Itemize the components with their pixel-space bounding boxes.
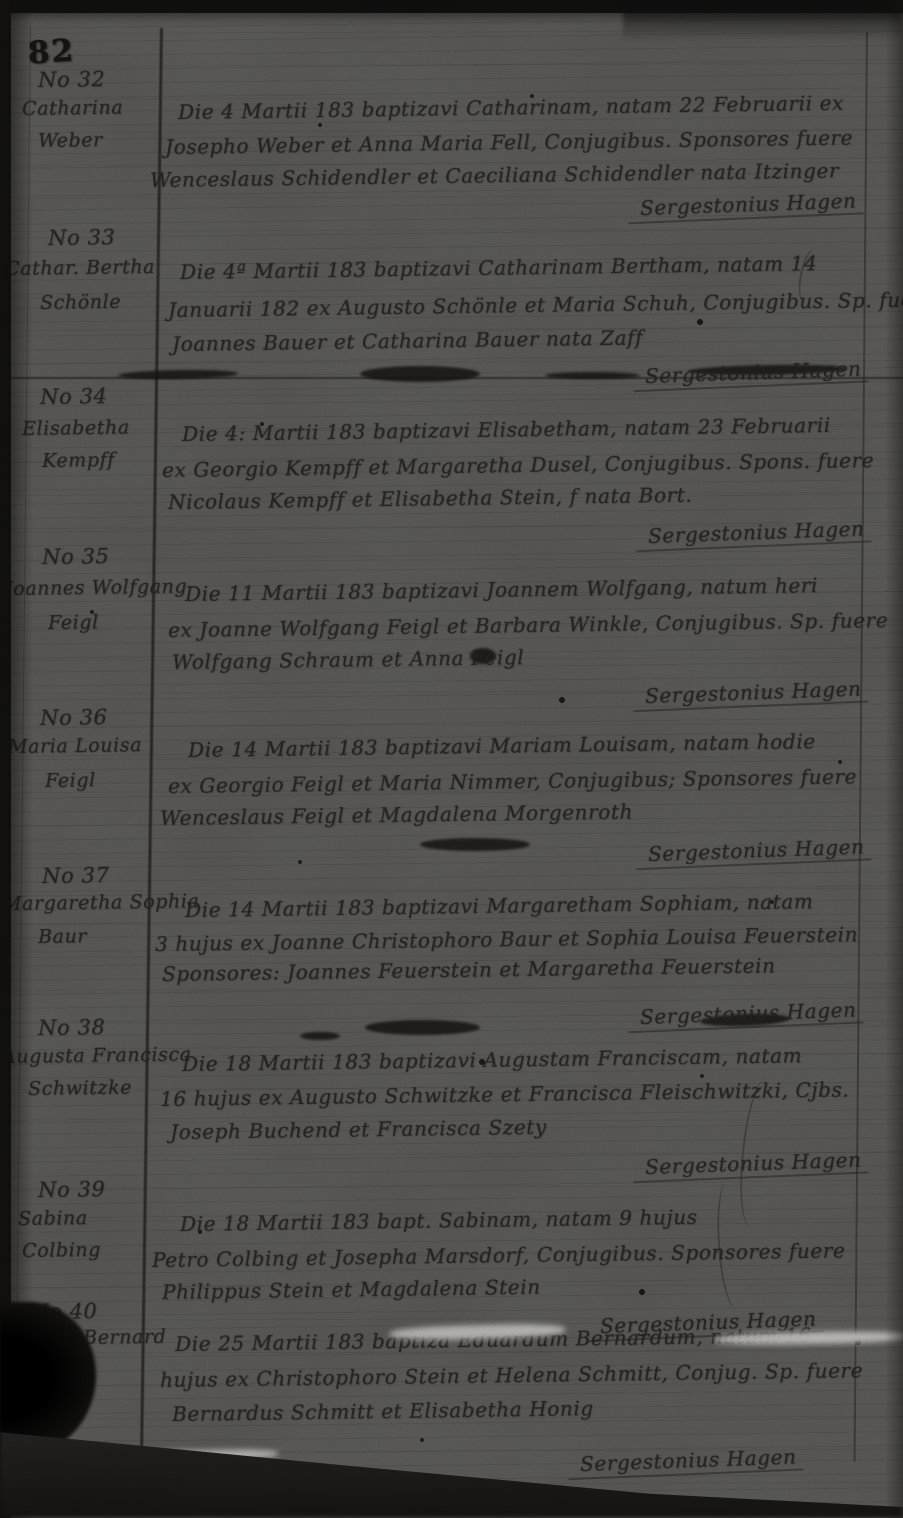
child-name-line: Schwitzke	[28, 1077, 132, 1100]
ink-smear	[365, 1020, 480, 1035]
entry-line: Wenceslaus Feigl et Magdalena Morgenroth	[160, 799, 633, 830]
entry-line: Die 14 Martii 183 baptizavi Mariam Louis…	[188, 729, 816, 762]
priest-signature: Sergestonius Hagen	[580, 1444, 797, 1476]
ink-smear	[360, 366, 480, 382]
scan-shadow-top-right	[623, 0, 903, 42]
entry-line: ex Georgio Feigl et Maria Nimmer, Conjug…	[168, 764, 857, 798]
priest-signature: Sergestonius Hagen	[648, 516, 865, 548]
child-name-line: Weber	[38, 129, 103, 152]
right-margin-rule	[854, 32, 868, 1462]
priest-signature: Sergestonius Hagen	[640, 997, 857, 1029]
entry-line: Die 18 Martii 183 bapt. Sabinam, natam 9…	[180, 1205, 698, 1236]
scan-shadow-right	[885, 0, 903, 1518]
entry-line: Bernardus Schmitt et Elisabetha Honig	[172, 1396, 594, 1426]
priest-signature: Sergestonius Hagen	[645, 1147, 862, 1179]
entry-line: ex Georgio Kempff et Margaretha Dusel, C…	[162, 448, 874, 482]
binding-shadow-blob	[0, 1302, 96, 1454]
priest-signature: Sergestonius Hagen	[640, 188, 857, 220]
child-name-line: Elisabetha	[22, 416, 130, 440]
scan-edge-left	[0, 0, 11, 1518]
child-name-line: Baur	[38, 925, 87, 948]
entry-number: No 38	[38, 1015, 106, 1040]
entry-line: Sponsores: Joannes Feuerstein et Margare…	[162, 953, 776, 986]
entry-line: Die 11 Martii 183 baptizavi Joannem Wolf…	[185, 573, 818, 606]
child-name-line: Kempff	[42, 449, 115, 472]
child-name-line: Feigl	[45, 769, 96, 792]
priest-signature: Sergestonius Hagen	[648, 834, 865, 866]
ink-smear	[300, 1032, 340, 1040]
entry-line: Josepho Weber et Anna Maria Fell, Conjug…	[165, 125, 853, 159]
entry-line: Die 4ª Martii 183 baptizavi Catharinam B…	[180, 251, 818, 284]
entry-line: 16 hujus ex Augusto Schwitzke et Francis…	[160, 1077, 850, 1111]
entry-line: Die 14 Martii 183 baptizavi Margaretham …	[185, 889, 814, 922]
entry-line: Januarii 182 ex Augusto Schönle et Maria…	[168, 287, 903, 322]
priest-signature: Sergestonius Hagen	[645, 676, 862, 708]
child-name-line: Catharina	[22, 97, 124, 120]
entry-number: No 33	[48, 225, 116, 250]
priest-signature: Sergestonius Hagen	[645, 356, 862, 388]
entry-line: Die 4: Martii 183 baptizavi Elisabetham,…	[182, 413, 831, 446]
entry-line: Joseph Buchend et Francisca Szety	[170, 1115, 547, 1144]
entry-line: Philippus Stein et Magdalena Stein	[162, 1275, 541, 1304]
entry-number: No 34	[40, 384, 108, 409]
entry-line: Wolfgang Schraum et Anna Feigl	[172, 645, 525, 674]
entry-line: Die 4 Martii 183 baptizavi Catharinam, n…	[178, 91, 844, 124]
entry-number: No 36	[40, 705, 108, 730]
ink-smear	[420, 838, 530, 851]
entry-line: Joannes Bauer et Catharina Bauer nata Za…	[172, 325, 643, 356]
entry-number: No 35	[42, 544, 110, 569]
entry-line: ex Joanne Wolfgang Feigl et Barbara Wink…	[168, 608, 888, 642]
entry-number: No 39	[38, 1177, 106, 1202]
entry-number: No 37	[42, 863, 110, 888]
entry-line: Wenceslaus Schidendler et Caeciliana Sch…	[150, 158, 839, 192]
scan-shadow-left	[11, 0, 33, 1518]
child-name-line: Colbing	[22, 1239, 101, 1262]
entry-line: hujus ex Christophoro Stein et Helena Sc…	[160, 1358, 863, 1392]
entry-line: 3 hujus ex Joanne Christophoro Baur et S…	[155, 922, 858, 956]
entry-line: Die 18 Martii 183 baptizavi Augustam Fra…	[182, 1043, 802, 1076]
entry-number: No 32	[38, 67, 106, 92]
child-name-line: Feigl	[48, 611, 99, 634]
page-number: 82	[27, 32, 77, 71]
child-name-line: Schönle	[40, 291, 121, 314]
entry-line: Nicolaus Kempff et Elisabetha Stein, f n…	[168, 483, 693, 514]
register-page: 82 No 32 Catharina Weber Die 4 Martii 18…	[0, 0, 903, 1518]
